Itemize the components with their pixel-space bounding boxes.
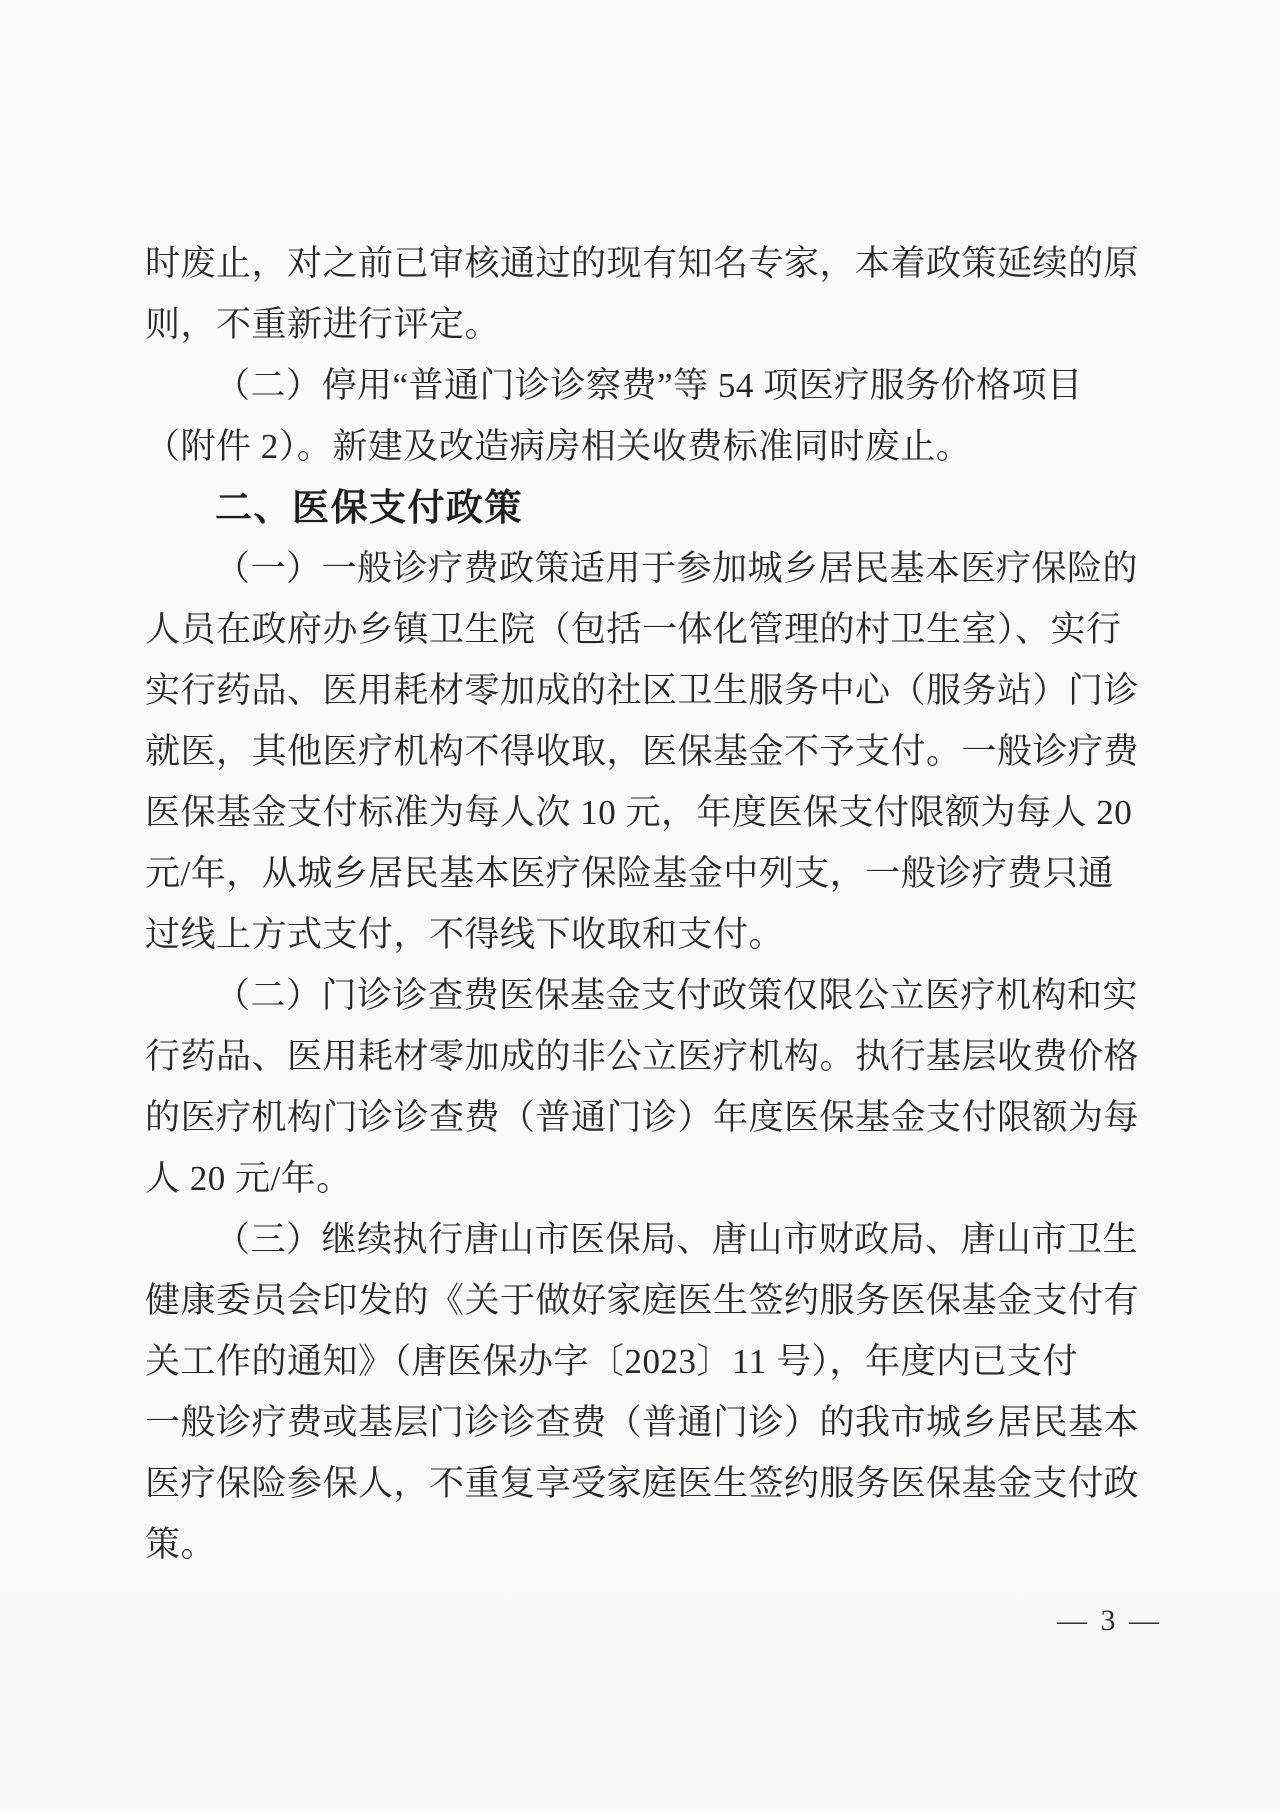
body-line: （一）一般诊疗费政策适用于参加城乡居民基本医疗保险的 bbox=[145, 538, 1145, 599]
body-line: 元/年，从城乡居民基本医疗保险基金中列支，一般诊疗费只通 bbox=[145, 843, 1145, 904]
body-line: 关工作的通知》（唐医保办字〔2023〕11 号），年度内已支付 bbox=[145, 1331, 1145, 1392]
body-line: （二）停用“普通门诊诊察费”等 54 项医疗服务价格项目 bbox=[145, 355, 1145, 416]
body-line: 的医疗机构门诊诊查费（普通门诊）年度医保基金支付限额为每 bbox=[145, 1087, 1145, 1148]
body-line: 健康委员会印发的《关于做好家庭医生签约服务医保基金支付有 bbox=[145, 1270, 1145, 1331]
body-line: 行药品、医用耗材零加成的非公立医疗机构。执行基层收费价格 bbox=[145, 1026, 1145, 1087]
body-line: （附件 2）。新建及改造病房相关收费标准同时废止。 bbox=[145, 416, 1145, 477]
section-heading: 二、医保支付政策 bbox=[145, 477, 1145, 538]
body-line: 则，不重新进行评定。 bbox=[145, 294, 1145, 355]
body-line: 实行药品、医用耗材零加成的社区卫生服务中心（服务站）门诊 bbox=[145, 660, 1145, 721]
body-line: 医保基金支付标准为每人次 10 元，年度医保支付限额为每人 20 bbox=[145, 782, 1145, 843]
body-line: 时废止，对之前已审核通过的现有知名专家，本着政策延续的原 bbox=[145, 233, 1145, 294]
body-line: 就医，其他医疗机构不得收取，医保基金不予支付。一般诊疗费 bbox=[145, 721, 1145, 782]
page-number: — 3 — bbox=[1057, 1593, 1162, 1649]
body-line: 人 20 元/年。 bbox=[145, 1148, 1145, 1209]
body-line: 一般诊疗费或基层门诊诊查费（普通门诊）的我市城乡居民基本 bbox=[145, 1392, 1145, 1453]
body-line: 策。 bbox=[145, 1514, 1145, 1575]
document-page: 时废止，对之前已审核通过的现有知名专家，本着政策延续的原 则，不重新进行评定。 … bbox=[0, 0, 1280, 1811]
body-line: 医疗保险参保人，不重复享受家庭医生签约服务医保基金支付政 bbox=[145, 1453, 1145, 1514]
body-line: 过线上方式支付，不得线下收取和支付。 bbox=[145, 904, 1145, 965]
body-line: （二）门诊诊查费医保基金支付政策仅限公立医疗机构和实 bbox=[145, 965, 1145, 1026]
body-line: （三）继续执行唐山市医保局、唐山市财政局、唐山市卫生 bbox=[145, 1209, 1145, 1270]
body-line: 人员在政府办乡镇卫生院（包括一体化管理的村卫生室）、实行 bbox=[145, 599, 1145, 660]
document-body: 时废止，对之前已审核通过的现有知名专家，本着政策延续的原 则，不重新进行评定。 … bbox=[145, 233, 1145, 1575]
